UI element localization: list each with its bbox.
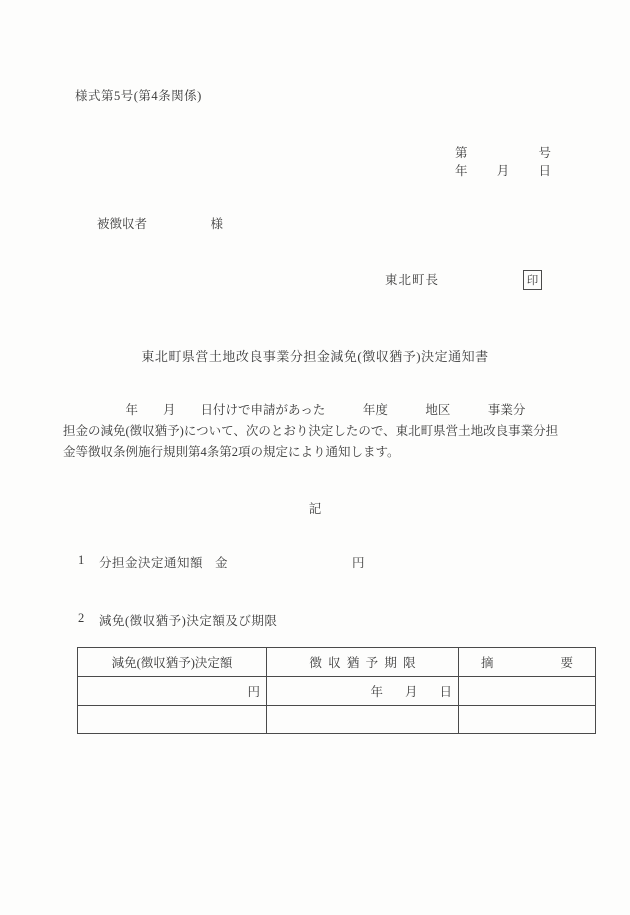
cell-deadline-date: 年 月 日: [267, 677, 459, 706]
record-marker: 記: [0, 499, 630, 517]
table-row: 円 年 月 日: [78, 677, 596, 706]
addressee-line: 被徴収者 様: [97, 214, 223, 232]
doc-no-suffix: 号: [538, 143, 551, 161]
body-line: 金等徴収条例施行規則第4条第2項の規定により通知します。: [63, 442, 579, 463]
decision-table: 減免(徴収猶予)決定額 徴収猶予期限 摘 要 円 年 月 日: [77, 647, 596, 734]
doc-no-prefix: 第: [455, 143, 468, 161]
cell-amount-unit: 円: [78, 677, 267, 706]
issuer-name: 東北町長: [385, 270, 439, 288]
cell-deadline-empty: [267, 706, 459, 734]
cell-date-day: 日: [439, 682, 452, 700]
item-2-line: 2 減免(徴収猶予)決定額及び期限: [0, 611, 630, 629]
form-number: 様式第5号(第4条関係): [75, 86, 202, 104]
item-1-label: 分担金決定通知額: [99, 553, 203, 571]
issue-date-line: 年 月 日: [455, 161, 551, 179]
cell-date-year: 年: [370, 682, 383, 700]
header-remarks-right: 要: [560, 653, 573, 671]
table-header-row: 減免(徴収猶予)決定額 徴収猶予期限 摘 要: [78, 648, 596, 677]
header-amount: 減免(徴収猶予)決定額: [78, 648, 267, 677]
document-number-line: 第 号: [455, 143, 551, 161]
header-deadline: 徴収猶予期限: [267, 648, 459, 677]
addressee-honorific: 様: [210, 214, 223, 232]
item-1-amount-prefix: 金: [215, 553, 228, 571]
body-paragraph: 年 月 日付けで申請があった 年度 地区 事業分 担金の減免(徴収猶予)について…: [63, 400, 579, 463]
issue-date-month: 月: [497, 161, 510, 179]
body-line: 担金の減免(徴収猶予)について、次のとおり決定したので、東北町県営土地改良事業分…: [63, 421, 579, 442]
cell-amount-empty: [78, 706, 267, 734]
item-2-number: 2: [78, 611, 84, 626]
document-title: 東北町県営土地改良事業分担金減免(徴収猶予)決定通知書: [0, 346, 630, 365]
notice-document-page: 様式第5号(第4条関係) 第 号 年 月 日 被徴収者 様 東北町長 印 東北町…: [0, 0, 630, 915]
header-remarks: 摘 要: [459, 648, 596, 677]
issue-date-day: 日: [538, 161, 551, 179]
issue-date-year: 年: [455, 161, 468, 179]
body-line: 年 月 日付けで申請があった 年度 地区 事業分: [63, 400, 579, 421]
seal-mark: 印: [523, 270, 542, 290]
item-1-amount-unit: 円: [352, 553, 365, 571]
item-1-line: 1 分担金決定通知額 金 円: [0, 553, 630, 571]
cell-remarks-empty: [459, 706, 596, 734]
table-row: [78, 706, 596, 734]
header-remarks-left: 摘: [481, 653, 494, 671]
cell-date-month: 月: [405, 682, 418, 700]
addressee-label: 被徴収者: [97, 214, 147, 232]
item-2-label: 減免(徴収猶予)決定額及び期限: [99, 611, 277, 629]
item-1-number: 1: [78, 553, 84, 568]
cell-remarks: [459, 677, 596, 706]
